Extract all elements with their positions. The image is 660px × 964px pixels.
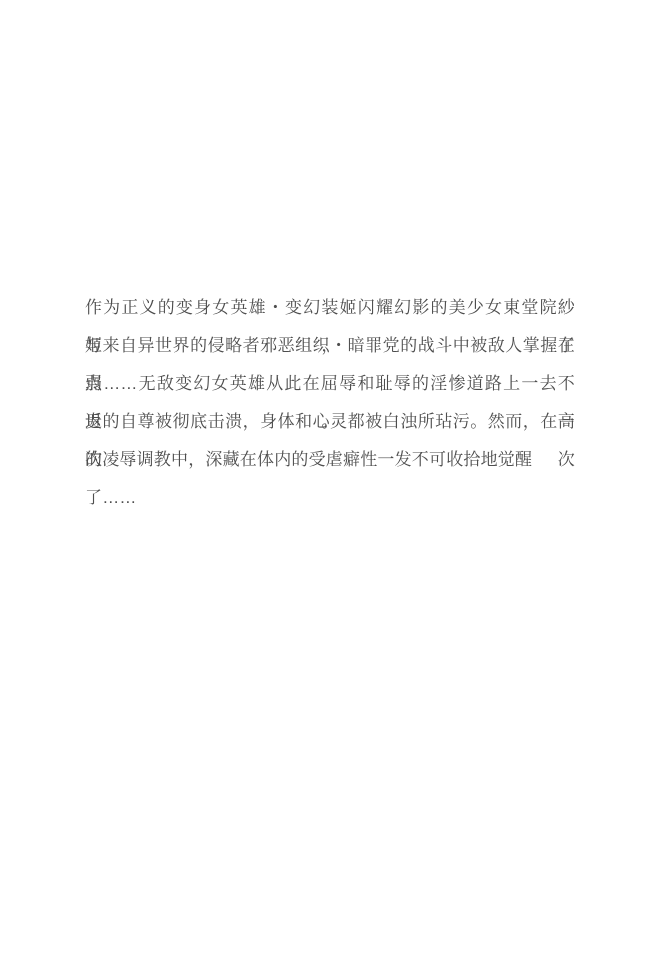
- synopsis-line: 与来自异世界的侵略者邪恶组织・暗罪党的战斗中被敌人掌握了弱: [85, 327, 575, 365]
- synopsis-line: 的凌辱调教中，深藏在体内的受虐癖性一发不可收拾地觉醒了……: [85, 441, 575, 479]
- synopsis-line: 作为正义的变身女英雄・变幻装姬闪耀幻影的美少女東堂院紗姬，在: [85, 289, 575, 327]
- synopsis-paragraph: 作为正义的变身女英雄・变幻装姬闪耀幻影的美少女東堂院紗姬，在 与来自异世界的侵略…: [85, 289, 575, 479]
- synopsis-line: 点……无敌变幻女英雄从此在屈辱和耻辱的淫惨道路上一去不返。高: [85, 365, 575, 403]
- synopsis-line: 贵的自尊被彻底击溃，身体和心灵都被白浊所玷污。然而，在一次次: [85, 403, 575, 441]
- document-page: 作为正义的变身女英雄・变幻装姬闪耀幻影的美少女東堂院紗姬，在 与来自异世界的侵略…: [0, 0, 660, 964]
